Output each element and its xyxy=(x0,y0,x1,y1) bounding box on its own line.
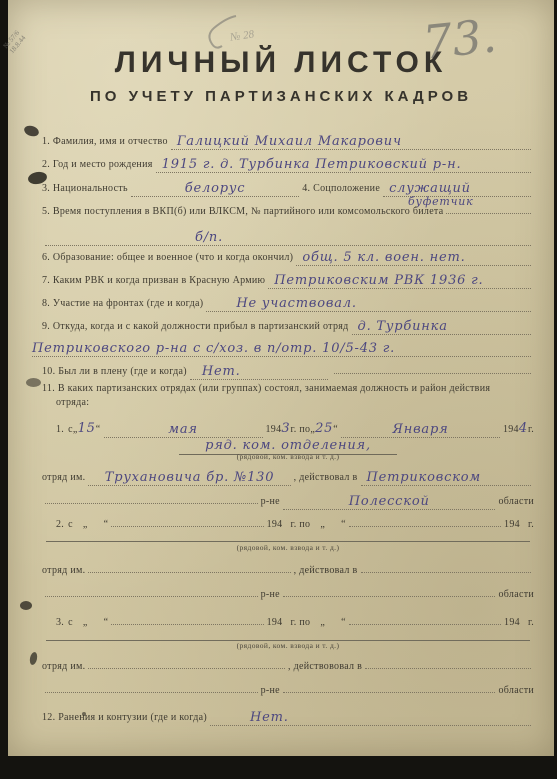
field-fronts-label: 8. Участие на фронтах (где и когда) xyxy=(42,298,203,309)
acted-label: , действововал в xyxy=(288,661,362,672)
district-label: р-не xyxy=(261,496,280,507)
year-to-label: г. по xyxy=(290,617,310,628)
field-wounds-label: 12. Ранения и контузии (где и когда) xyxy=(42,712,207,723)
scanned-form-sheet: № 57/6 18.8.44 № 28 73. ЛИЧНЫЙ ЛИСТОК ПО… xyxy=(8,0,554,756)
field-captivity-line2 xyxy=(334,373,531,374)
field-fronts: 8. Участие на фронтах (где и когда) Не у… xyxy=(42,293,534,312)
record3-place-line xyxy=(365,668,531,669)
record2-position-line xyxy=(46,531,530,542)
record2-district-lead xyxy=(45,596,258,597)
record2-district-line xyxy=(283,596,496,597)
field-units-intro-line1: 11. В каких партизанских отрядах (или гр… xyxy=(42,383,490,394)
form-title: ЛИЧНЫЙ ЛИСТОК xyxy=(8,46,554,80)
record3-month-from-line xyxy=(111,624,263,625)
record3-position xyxy=(42,630,534,641)
field-surname: 1. Фамилия, имя и отчество Галицкий Миха… xyxy=(42,131,534,150)
record3-dates: 3. с „ “ 194 г. по „ “ 194 г. xyxy=(56,612,534,630)
open-quote: „ xyxy=(83,617,88,628)
field-arrival-label: 9. Откуда, когда и с какой должности при… xyxy=(42,321,349,332)
record1-district-line: Полесской xyxy=(283,491,496,510)
close-quote: “ xyxy=(341,617,346,628)
field-education-label: 6. Образование: общее и военное (что и к… xyxy=(42,252,293,263)
field-education-line: общ. 5 кл. воен. нет. xyxy=(296,247,531,266)
field-fronts-value: Не участвовал. xyxy=(236,296,356,311)
record3-district-line xyxy=(283,692,496,693)
oblast-label: области xyxy=(498,496,534,507)
record3-rank-hint: (рядовой, ком. взвода и т. д.) xyxy=(42,641,534,650)
unit-label: отряд им. xyxy=(42,661,85,672)
field-birth-line: 1915 г. д. Турбинка Петриковский р-н. xyxy=(156,154,531,173)
district-label: р-не xyxy=(261,589,280,600)
year-prefix: 194 xyxy=(267,519,283,530)
record1-num: 1. xyxy=(56,424,64,435)
record1-district: р-не Полесской области xyxy=(42,491,534,510)
record2-place-line xyxy=(361,572,532,573)
field-nationality-line: белорус xyxy=(131,178,299,197)
stain-mark xyxy=(26,378,41,387)
field-rvk-line: Петриковским РВК 1936 г. xyxy=(268,270,531,289)
field-captivity-line: Нет. xyxy=(190,361,328,380)
record1-day-from: 15 xyxy=(78,421,96,436)
record1-day-to: 25 xyxy=(315,421,333,436)
field-wounds-value: Нет. xyxy=(250,710,289,725)
record1-district-lead xyxy=(45,503,258,504)
field-fronts-line: Не участвовал. xyxy=(206,293,531,312)
stain-mark xyxy=(29,651,39,665)
field-education-value: общ. 5 кл. воен. нет. xyxy=(302,250,465,265)
field-rvk: 7. Каким РВК и когда призван в Красную А… xyxy=(42,270,534,289)
record2-month-to-line xyxy=(349,526,501,527)
field-surname-line: Галицкий Михаил Макарович xyxy=(171,131,531,150)
record3-num: 3. xyxy=(56,617,64,628)
stain-mark xyxy=(20,601,32,610)
year-prefix: 194 xyxy=(266,424,282,435)
year-suffix: г. xyxy=(528,424,534,435)
record1-month-from: мая xyxy=(168,422,198,437)
field-arrival: 9. Откуда, когда и с какой должности при… xyxy=(42,316,534,335)
year-prefix: 194 xyxy=(504,519,520,530)
field-birth: 2. Год и место рождения 1915 г. д. Турби… xyxy=(42,154,534,173)
unit-label: отряд им. xyxy=(42,472,85,483)
close-quote: “ xyxy=(96,424,101,435)
close-quote: “ xyxy=(333,424,338,435)
field-party-cont: б/п. xyxy=(42,227,534,246)
from-label: с xyxy=(68,617,73,628)
rank-hint-text: (рядовой, ком. взвода и т. д.) xyxy=(237,452,340,461)
record2-unit: отряд им. , действовал в xyxy=(42,565,534,576)
field-education: 6. Образование: общее и военное (что и к… xyxy=(42,247,534,266)
record2-rank-hint: (рядовой, ком. взвода и т. д.) xyxy=(42,543,534,552)
year-to-label: г. по xyxy=(290,424,310,435)
field-party-label: 5. Время поступления в ВКП(б) или ВЛКСМ,… xyxy=(42,206,443,217)
record1-dates: 1. с „ 15 “ мая 194 3 г. по „ 25 “ Январ… xyxy=(56,419,534,438)
field-party-cont-line: б/п. xyxy=(45,227,531,246)
rank-hint-text: (рядовой, ком. взвода и т. д.) xyxy=(237,641,340,650)
record2-unit-line xyxy=(88,572,290,573)
field-party-line xyxy=(446,213,531,214)
field-arrival-value: д. Турбинка xyxy=(358,319,448,334)
field-nationality-label: 3. Национальность xyxy=(42,183,128,194)
record3-unit: отряд им. , действововал в xyxy=(42,661,534,672)
record1-unit-line: Трухановича бр. №130 xyxy=(88,467,290,486)
record3-unit-line xyxy=(88,668,285,669)
record1-place-line: Петриковском xyxy=(361,467,532,486)
field-surname-label: 1. Фамилия, имя и отчество xyxy=(42,136,168,147)
record3-position-line xyxy=(46,630,530,641)
record1-month-to-line: Января xyxy=(341,419,500,438)
field-units-intro2: отряда: xyxy=(56,397,534,408)
open-quote: „ xyxy=(320,617,325,628)
year-suffix: г. xyxy=(528,519,534,530)
record1-rank-hint: (рядовой, ком. взвода и т. д.) xyxy=(42,452,534,461)
field-wounds-line: Нет. xyxy=(210,707,531,726)
close-quote: “ xyxy=(341,519,346,530)
record1-unit: отряд им. Трухановича бр. №130 , действо… xyxy=(42,467,534,486)
record1-yto-digit: 4 xyxy=(519,421,528,436)
field-birth-value: 1915 г. д. Турбинка Петриковский р-н. xyxy=(162,157,462,172)
field-nationality-value: белорус xyxy=(185,181,245,196)
field-social-label: 4. Соцположение xyxy=(302,183,380,194)
field-arrival-cont: Петриковского р-на с с/хоз. в п/отр. 10/… xyxy=(42,338,534,357)
oblast-label: области xyxy=(498,685,534,696)
record3-month-to-line xyxy=(349,624,501,625)
record1-place-value: Петриковском xyxy=(367,470,481,485)
field-arrival-value2: Петриковского р-на с с/хоз. в п/отр. 10/… xyxy=(32,341,395,356)
year-suffix: г. xyxy=(528,617,534,628)
year-prefix: 194 xyxy=(503,424,519,435)
rank-hint-text: (рядовой, ком. взвода и т. д.) xyxy=(237,543,340,552)
oblast-label: области xyxy=(498,589,534,600)
field-arrival-cont-line: Петриковского р-на с с/хоз. в п/отр. 10/… xyxy=(32,338,531,357)
field-surname-value: Галицкий Михаил Макарович xyxy=(177,134,402,149)
record2-dates: 2. с „ “ 194 г. по „ “ 194 г. xyxy=(56,514,534,532)
field-units-intro: 11. В каких партизанских отрядах (или гр… xyxy=(42,383,534,394)
record1-unit-value: Трухановича бр. №130 xyxy=(105,470,275,485)
acted-label: , действовал в xyxy=(294,472,358,483)
record2-district: р-не области xyxy=(42,589,534,600)
field-captivity: 10. Был ли в плену (где и когда) Нет. xyxy=(42,361,534,380)
field-units-intro-line2: отряда: xyxy=(56,397,89,408)
open-quote: „ xyxy=(320,519,325,530)
field-rvk-label: 7. Каким РВК и когда призван в Красную А… xyxy=(42,275,265,286)
field-birth-label: 2. Год и место рождения xyxy=(42,159,153,170)
field-party-value: б/п. xyxy=(195,230,223,245)
close-quote: “ xyxy=(104,519,109,530)
record2-month-from-line xyxy=(111,526,263,527)
year-prefix: 194 xyxy=(267,617,283,628)
open-quote: „ xyxy=(83,519,88,530)
field-party: 5. Время поступления в ВКП(б) или ВЛКСМ,… xyxy=(42,206,534,217)
year-to-label: г. по xyxy=(290,519,310,530)
field-rvk-value: Петриковским РВК 1936 г. xyxy=(274,273,483,288)
record3-district: р-не области xyxy=(42,685,534,696)
field-captivity-value: Нет. xyxy=(202,364,241,379)
stain-mark xyxy=(23,124,40,138)
district-label: р-не xyxy=(261,685,280,696)
record1-district-value: Полесской xyxy=(349,494,430,509)
field-wounds: 12. Ранения и контузии (где и когда) Нет… xyxy=(42,707,534,726)
record2-position xyxy=(42,531,534,542)
record1-month-from-line: мая xyxy=(104,419,263,438)
record1-month-to: Января xyxy=(392,422,448,437)
close-quote: “ xyxy=(104,617,109,628)
record3-district-lead xyxy=(45,692,258,693)
from-label: с xyxy=(68,519,73,530)
record1-yfrom-digit: 3 xyxy=(281,421,290,436)
field-arrival-line: д. Турбинка xyxy=(352,316,531,335)
unit-label: отряд им. xyxy=(42,565,85,576)
record2-num: 2. xyxy=(56,519,64,530)
form-subtitle: ПО УЧЕТУ ПАРТИЗАНСКИХ КАДРОВ xyxy=(8,88,554,105)
acted-label: , действовал в xyxy=(294,565,358,576)
field-captivity-label: 10. Был ли в плену (где и когда) xyxy=(42,366,187,377)
year-prefix: 194 xyxy=(504,617,520,628)
